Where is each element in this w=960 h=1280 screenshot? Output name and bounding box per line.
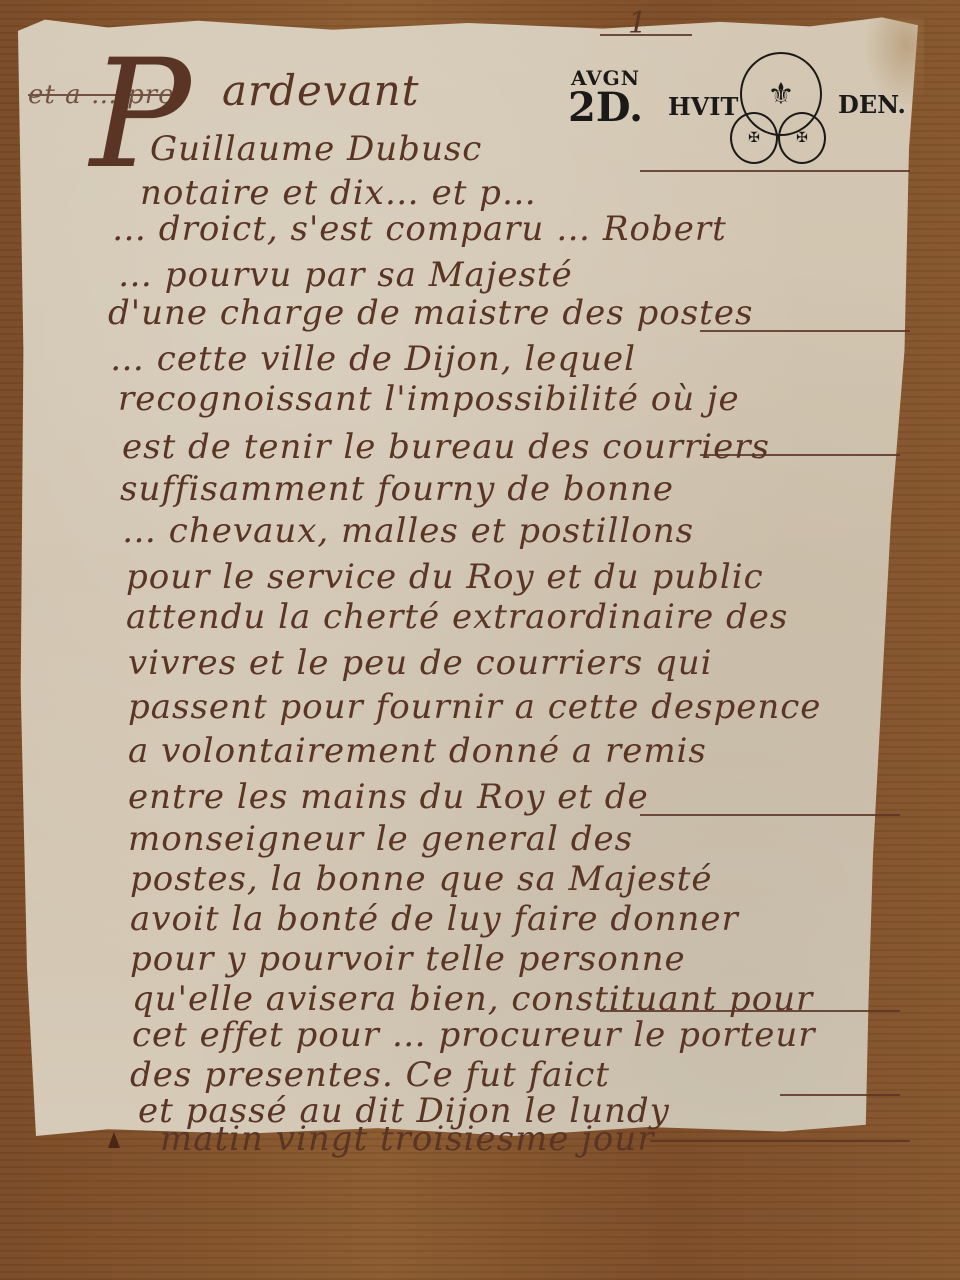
- line-filler-rule: [600, 1010, 900, 1012]
- text-line-10: … chevaux, malles et postillons: [122, 514, 694, 548]
- text-line-20: pour y pourvoir telle personne: [130, 942, 686, 976]
- line-filler-rule: [640, 814, 900, 816]
- text-line-14: passent pour fournir a cette despence: [128, 690, 821, 724]
- line-filler-rule: [780, 1094, 900, 1096]
- page-number-rule: [600, 34, 692, 36]
- ink-blot-mark: [108, 1132, 120, 1148]
- opening-word: ardevant: [222, 70, 420, 112]
- tax-stamp-seal: HVIT ⚜ ✠ ✠ DEN.: [660, 52, 920, 162]
- text-line-18: postes, la bonne que sa Majesté: [130, 862, 713, 896]
- text-line-23: des presentes. Ce fut faict: [130, 1058, 610, 1092]
- text-line-6: … cette ville de Dijon, lequel: [110, 342, 636, 376]
- tax-stamp-value: AVGN 2D.: [568, 68, 643, 128]
- stamp-price-label: 2D.: [568, 88, 643, 128]
- text-line-11: pour le service du Roy et du public: [126, 560, 764, 594]
- fleur-de-lis-icon: ⚜: [768, 77, 795, 112]
- line-filler-rule: [640, 170, 910, 172]
- line-filler-rule: [650, 1140, 910, 1142]
- text-line-19: avoit la bonté de luy faire donner: [130, 902, 739, 936]
- text-line-25: matin vingt troisiesme jour: [160, 1122, 654, 1156]
- text-line-2: notaire et dix… et p…: [140, 176, 537, 210]
- stamp-word-den: DEN.: [838, 90, 906, 119]
- text-line-16: entre les mains du Roy et de: [128, 780, 649, 814]
- text-line-17: monseigneur le general des: [128, 822, 633, 856]
- text-line-13: vivres et le peu de courriers qui: [128, 646, 713, 680]
- text-line-3: … droict, s'est comparu … Robert: [112, 212, 727, 246]
- line-filler-rule: [700, 454, 900, 456]
- text-line-8: est de tenir le bureau des courriers: [122, 430, 770, 464]
- small-seal-right-icon: ✠: [778, 112, 826, 164]
- stamp-word-hvit: HVIT: [668, 92, 738, 121]
- text-line-1: Guillaume Dubusc: [150, 132, 482, 166]
- text-line-9: suffisamment fourny de bonne: [120, 472, 674, 506]
- text-line-12: attendu la cherté extraordinaire des: [126, 600, 788, 634]
- text-line-4: … pourvu par sa Majesté: [118, 258, 573, 292]
- small-seal-left-icon: ✠: [730, 112, 778, 164]
- text-line-5: d'une charge de maistre des postes: [108, 296, 753, 330]
- text-line-22: cet effet pour … procureur le porteur: [132, 1018, 816, 1052]
- text-line-7: recognoissant l'impossibilité où je: [118, 382, 740, 416]
- line-filler-rule: [700, 330, 910, 332]
- text-line-15: a volontairement donné a remis: [128, 734, 707, 768]
